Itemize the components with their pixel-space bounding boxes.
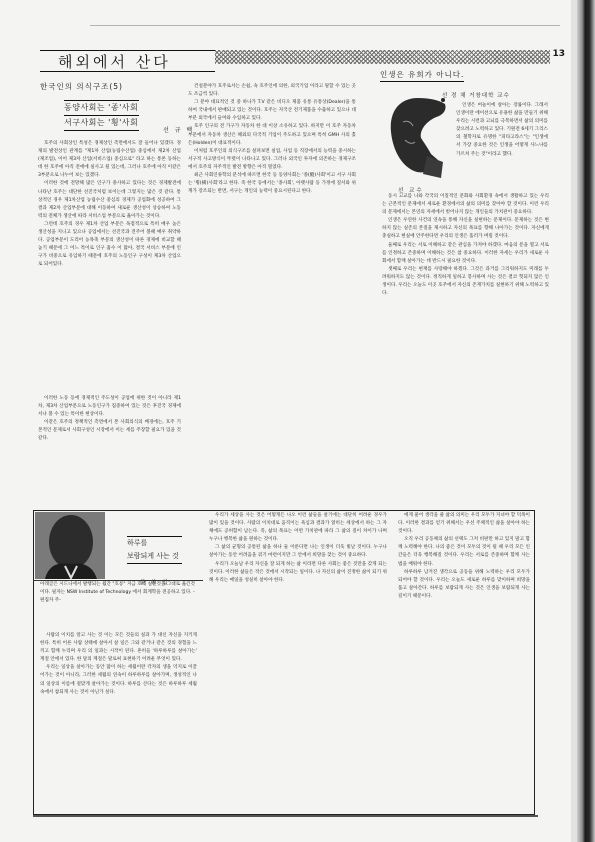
author-photo	[35, 512, 105, 579]
page-number: 13	[552, 49, 565, 59]
paragraph: 이같은 호주의 정책적인 측면에서 본 사회의식의 배경에는, 호주 기본적인 …	[38, 419, 181, 443]
article2-title: 인생은 유희가 아니다.	[380, 69, 464, 82]
section-title: 해외에서 산다	[40, 50, 215, 72]
paragraph: 하루하루 남겨진 생각으로 공동을 위해 노력하는 우리 모두가 되어야 할 것…	[398, 569, 530, 601]
portrait-photo-icon	[35, 512, 105, 579]
binding-shadow	[577, 0, 595, 842]
article1-column-2: 건설분야가 호주로서는 손쉽, 속 호주인에 의한, 외국기업 이라고 말할 수…	[188, 83, 356, 503]
headline-line-1: 동양사회는 '종'사회	[64, 101, 139, 116]
article2-column-top: 인생은 여놀이에 살아는 장률이다. 그래서 인생이란 에이션으로 유용한 삶을…	[456, 102, 548, 190]
paragraph: 우리가 세상을 사는 것은 어떻게든 나오 이런 삶들을 살기에는 대단히 어려…	[209, 512, 387, 544]
paragraph: 사람의 이치를 알고 사는 것 이는 모든 것들의 실과 가 대신 자신을 지키…	[40, 632, 197, 664]
paragraph: 둘째로 우리는 서로 이해하고 같은 관심을 가져야 하겠다. 마음의 문을 열…	[382, 242, 549, 266]
title-line-1: 하루를	[127, 537, 182, 550]
paragraph: 동시 고교를 나와 각국의 이질적인 문화와 사회환경 속에서 생활하고 있는 …	[382, 193, 549, 217]
article3-column-1: 사람의 이치를 알고 사는 것 이는 모든 것들의 실과 가 대신 자신을 지키…	[40, 632, 197, 812]
paragraph: 건설분야가 호주로서는 손쉽, 속 호주인에 의한, 외국기업 이라고 말할 수…	[188, 83, 356, 99]
article3-column-2: 우리가 세상을 사는 것은 어떻게든 나오 이런 삶들을 살기에는 대단히 어려…	[209, 512, 387, 812]
hatched-band	[215, 50, 550, 64]
article3-title: 하루를 보람되게 사는 것	[127, 536, 182, 564]
title-line-2: 보람되게 사는 것	[127, 550, 182, 564]
article1-column-1b: 이러한 노동 등에 경제적인 주도성이 공업에 위한 것이 아니라 제1차, 제…	[38, 395, 181, 503]
section-header: 해외에서 산다 13	[40, 50, 565, 74]
paragraph: 오직 우리 공동체의 삶의 선택도 그저 비판만 하고 있지 말고 함께 노력해…	[398, 536, 530, 568]
headline-line-2: 서구사회는 '횡'사회	[64, 116, 139, 131]
paragraph: 에게 물어 생각을 줄 삶의 의미는 우리 모두가 지녀야 할 덕목이다. 이러…	[398, 512, 530, 536]
box-bottom-shadow	[33, 815, 538, 817]
paragraph: 그 분야 대표적인 것 중 하나가 T.V 같은 비디오 제품 유통 유통상(D…	[188, 99, 356, 123]
paragraph: 최근 사회인류학의 분석에 따르면 한국 등 동양사회는 '종(縱)사회'이고 …	[188, 172, 356, 196]
paragraph: 호주의 사회상인 특성은 경제상인 측면에서도 잘 들어나 있겠다. 경제의 발…	[38, 140, 181, 180]
caption-divider	[33, 580, 203, 581]
paragraph: 그 삶의 균형의 공통된 삶을 하나 둘 이룬다면 나는 인생이 더욱 빛날 것…	[209, 544, 387, 560]
paragraph: 이러한 것에 전망해 많은 인구가 종사하고 있다는 것은 경제발전에 나타난 …	[38, 180, 181, 220]
paragraph: 이러한 노동 등에 경제적인 주도성이 공업에 위한 것이 아니라 제1차, 제…	[38, 395, 181, 419]
paragraph: 인생은 여놀이에 살아는 장률이다. 그래서 인생이란 에이션으로 유용한 삶을…	[456, 102, 548, 159]
paragraph: 그런데 호주의 경우 제1차 산업 부문은 독점적으로 특히 매우 높은 생산성…	[38, 221, 181, 270]
portrait-photo-icon	[383, 92, 453, 184]
article1-headline: 동양사회는 '종'사회 서구사회는 '횡'사회	[64, 100, 139, 131]
paragraph: 셋째로 우리는 현재를 사랑해야 하겠다. 그것은 과거를 그리워하지도 미래를…	[382, 266, 549, 298]
series-label: 한국인의 의식구조(5)	[40, 81, 123, 92]
paragraph: 인생은 우연한 사건의 연속을 통해 자신을 실현하는 문제이다. 문제하는 것…	[382, 217, 549, 241]
paragraph: 우리는 일상을 살아가는 동안 많이 하는 세월이란 각자의 생을 억지로 이끌…	[40, 664, 197, 696]
article3-column-3: 에게 물어 생각을 줄 삶의 의미는 우리 모두가 지녀야 할 덕목이다. 이러…	[398, 512, 530, 812]
newsletter-page: 해외에서 산다 13 한국인의 의식구조(5) 동양사회는 '종'사회 서구사회…	[0, 0, 595, 842]
paragraph: 우리가 오늘날 우리 자신을 잘 되게 하는 삶 이라면 다른 사회는 좋은 것…	[209, 561, 387, 585]
scan-top-line	[90, 25, 560, 26]
paragraph: 호주 인구의 전 가구가 자동차 한 대 이상 소유하고 있다. 하지만 이 호…	[188, 123, 356, 147]
article2-column-main: 동시 고교를 나와 각국의 이질적인 문화와 사회환경 속에서 생활하고 있는 …	[382, 193, 549, 503]
photo-caption: 아래글은 시드니에서 발행되는 월간 "호롱" 지금 호에 실린것을 그대로 옮…	[40, 581, 195, 605]
paragraph: 이처럼 호주인의 의식구조를 살펴보면 실업, 사업 등 직장에서의 능력을 중…	[188, 148, 356, 172]
article1-column-1: 호주의 사회상인 특성은 경제상인 측면에서도 잘 들어나 있겠다. 경제의 발…	[38, 140, 181, 390]
